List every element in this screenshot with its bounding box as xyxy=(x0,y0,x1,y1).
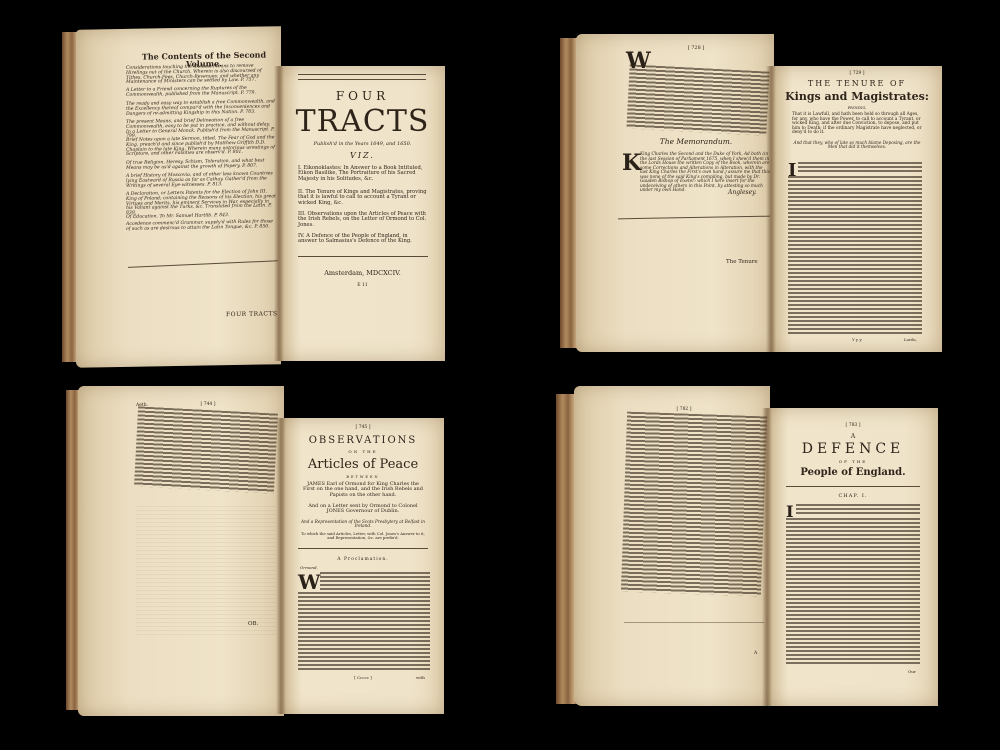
section-title: The Memorandum. xyxy=(626,138,766,146)
left-page: Aeth. [ 744 ] OB. xyxy=(78,386,284,716)
chapter-heading: CHAP. I. xyxy=(768,494,938,499)
page-number: [ 745 ] xyxy=(282,426,444,431)
signature-mark: A xyxy=(754,652,757,657)
tract-item-1: I. Eikonoklastes: In Answer to a Book In… xyxy=(298,166,428,182)
drop-cap: W xyxy=(298,572,320,592)
contents-entry: The ready and easy way to establish a fr… xyxy=(126,100,276,117)
drop-cap: K xyxy=(622,152,641,174)
title-line-2: Articles of Peace xyxy=(282,458,444,472)
body-text xyxy=(320,572,430,590)
title-line-2: Kings and Magistrates: xyxy=(772,91,942,103)
title-aside: And that they, who of late so much blame… xyxy=(790,141,924,150)
contents-entry: Accedence commenc'd Grammar, supply'd wi… xyxy=(126,220,276,232)
body-text xyxy=(134,406,278,493)
book-spread-2: [ 728 ] W The Memorandum. K King Charles… xyxy=(560,30,950,355)
catchword: with xyxy=(416,676,425,680)
left-page: [ 728 ] W The Memorandum. K King Charles… xyxy=(576,34,774,352)
gutter xyxy=(276,418,286,714)
catchword: Our xyxy=(908,670,916,674)
catchword: FOUR TRACTS xyxy=(226,311,278,318)
faint-show-through xyxy=(136,506,276,636)
title-tracts: TRACTS xyxy=(280,106,445,138)
page-number: [ 729 ] xyxy=(772,72,942,77)
contents-entry: Considerations touching the likeliest Me… xyxy=(126,64,276,86)
book-spread-3: Aeth. [ 744 ] OB. [ 745 ] OBSERVATIONS O… xyxy=(66,384,452,720)
letter: And on a Letter sent by Ormond to Colone… xyxy=(300,504,426,515)
title-lede: That it is Lawfull, and hath been held s… xyxy=(792,113,922,136)
title-line-1: THE TENURE OF xyxy=(772,80,942,88)
title-line-1: OBSERVATIONS xyxy=(282,436,444,447)
contents-entry: Brief Notes upon a late Sermon, titled, … xyxy=(126,136,276,158)
annexed: To which the said Articles, Letter, with… xyxy=(300,532,426,540)
gutter xyxy=(766,66,776,352)
catchword: OB. xyxy=(248,622,258,628)
title-line-2: DEFENCE xyxy=(768,442,938,457)
title-line-3: People of England. xyxy=(768,468,938,479)
signature-mark: Y y y xyxy=(852,338,862,342)
imprint-rule xyxy=(298,256,428,257)
body-text xyxy=(786,518,920,666)
contents-entry: Of true Religion, Heresy, Schism, Tolera… xyxy=(126,159,276,171)
divider xyxy=(618,216,770,220)
representation: And a Representation of the Scots Presby… xyxy=(300,520,426,529)
left-page: [ 782 ] A xyxy=(574,386,770,706)
tract-item-3: III. Observations upon the Articles of P… xyxy=(298,212,428,228)
catchword: The Tenure xyxy=(726,260,758,266)
right-page: FOUR TRACTS Publish'd in the Years 1649,… xyxy=(280,66,445,361)
signature-mark: E 11 xyxy=(280,284,445,289)
page-number: [ 744 ] xyxy=(188,403,228,408)
divider xyxy=(624,622,764,623)
between: BETWEEN xyxy=(282,476,444,480)
contents-entry: A brief History of Moscovia, and of othe… xyxy=(126,172,276,189)
page-number: [ 728 ] xyxy=(666,46,726,51)
proving: PROVING, xyxy=(772,107,942,111)
body-text xyxy=(621,412,767,597)
proclamation-heading: A Proclamation. xyxy=(282,558,444,563)
parties: JAMES Earl of Ormond for King Charles th… xyxy=(302,482,424,498)
title-four: FOUR xyxy=(280,90,445,103)
right-page: [ 783 ] A DEFENCE OF THE People of Engla… xyxy=(768,408,938,706)
divider xyxy=(786,486,920,487)
page-number: [ 782 ] xyxy=(664,408,704,413)
right-page: [ 745 ] OBSERVATIONS ON THE Articles of … xyxy=(282,418,444,714)
signature-anglesey: Anglesey. xyxy=(728,190,757,196)
imprint: Amsterdam, MDCXCIV. xyxy=(280,270,445,277)
tract-item-2: II. The Tenure of Kings and Magistrates,… xyxy=(298,190,428,206)
title-line-1: A xyxy=(768,434,938,440)
book-spread-4: [ 782 ] A [ 783 ] A DEFENCE OF THE Peopl… xyxy=(556,384,946,714)
body-text xyxy=(298,592,430,672)
left-page: The Contents of the Second Volume. Consi… xyxy=(76,26,281,368)
gutter xyxy=(274,66,284,361)
body-text xyxy=(626,64,769,135)
gutter xyxy=(762,408,772,706)
right-page: [ 729 ] THE TENURE OF Kings and Magistra… xyxy=(772,66,942,352)
body-text xyxy=(798,162,922,174)
on-the: ON THE xyxy=(282,450,444,454)
contents-entry: A Letter to a Friend concerning the Rupt… xyxy=(126,86,276,98)
viz: VIZ. xyxy=(280,152,445,160)
body-text xyxy=(796,504,920,516)
subtitle: Publish'd in the Years 1649, and 1650. xyxy=(280,142,445,147)
title-rule xyxy=(298,74,426,80)
body-text xyxy=(788,176,922,334)
page-number: [ 783 ] xyxy=(768,424,938,429)
of-the: OF THE xyxy=(768,460,938,464)
memorandum-text: King Charles the Second and the Duke of … xyxy=(640,153,770,194)
tract-item-4: IV. A Defence of the People of England, … xyxy=(298,234,428,245)
divider xyxy=(128,260,278,268)
catchword: Lords, xyxy=(904,338,917,342)
book-spread-1: The Contents of the Second Volume. Consi… xyxy=(62,26,452,371)
divider xyxy=(298,548,428,549)
